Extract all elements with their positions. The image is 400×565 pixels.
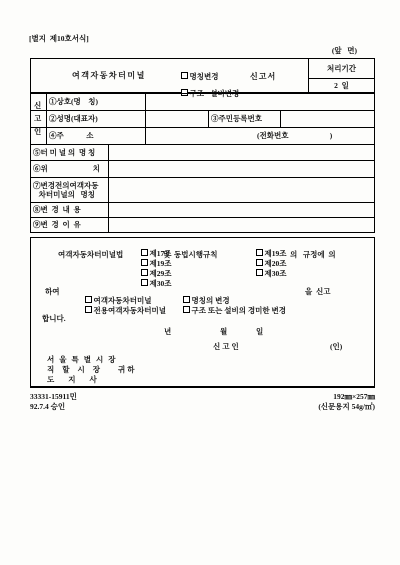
form-title-suffix: 신고서: [250, 72, 276, 81]
representative-input[interactable]: [146, 111, 207, 126]
resident-number-label: ③주민등록번호: [211, 114, 262, 123]
company-name-input[interactable]: [146, 94, 374, 109]
form-reference: [별지 제10호서식]: [29, 34, 89, 43]
applicant-group-label: 신 고 인: [34, 99, 41, 138]
law-name-label: 여객자동차터미널법: [58, 250, 123, 259]
form-page: [별지 제10호서식] (앞 면) 여객자동차터미널 명칭변경 구조 · 설비변…: [0, 0, 400, 565]
exclusive-terminal-option: 전용여객자동차터미널: [77, 297, 166, 324]
change-reason-input[interactable]: [109, 218, 374, 232]
grid-line: [46, 93, 47, 144]
processing-period-label: 처리기간: [308, 64, 375, 73]
processing-period-value: 2 일: [308, 81, 375, 90]
conjunction-label: 및 동법시행규칙: [163, 250, 217, 259]
form-title: 여객자동차터미널: [72, 71, 146, 80]
page-side-label: (앞 면): [297, 46, 357, 55]
addressee-metro-mayor: 직할시장: [47, 365, 108, 374]
rule-article-30-label: 제30조: [265, 269, 287, 278]
previous-terminal-name-input[interactable]: [109, 178, 374, 201]
terminal-name-input[interactable]: [109, 145, 374, 159]
location-label: ⑥위 치: [33, 164, 100, 173]
document-code: 33331-15911민: [30, 392, 77, 401]
date-month-label: 월: [220, 327, 227, 336]
date-day-label: 일: [256, 327, 263, 336]
paper-spec: (신문용지 54g/㎡): [275, 402, 375, 411]
grid-line: [308, 78, 375, 79]
grid-line: [208, 110, 209, 127]
exclusive-terminal-checkbox[interactable]: [85, 306, 92, 313]
name-change-checkbox[interactable]: [181, 72, 188, 79]
signer-label: 신고인: [213, 342, 241, 351]
seal-label: (인): [330, 342, 342, 351]
addressee-governor: 도지사: [47, 375, 111, 384]
closing-label: 합니다.: [42, 314, 66, 323]
structure-minor-change-checkbox[interactable]: [183, 306, 190, 313]
change-content-label: ⑧변 경 내 용: [33, 205, 81, 214]
company-name-label: ①상호(명 칭): [49, 97, 98, 106]
structure-minor-change-option: 구조 또는 설비의 경미한 변경: [175, 297, 286, 324]
law-article-30-label: 제30조: [150, 279, 172, 288]
terminal-name-label: ⑤터 미 널 의 명 칭: [33, 148, 95, 157]
exclusive-terminal-label: 전용여객자동차터미널: [94, 306, 166, 315]
continuation-prefix: 하여: [45, 287, 60, 296]
structure-minor-change-label: 구조 또는 설비의 경미한 변경: [192, 306, 286, 315]
change-reason-label: ⑨변 경 이 유: [33, 220, 81, 229]
previous-terminal-name-label: ⑦변경전의여객자동 차터미널의 명칭: [33, 181, 98, 199]
rule-article-30-option: 제30조: [248, 260, 287, 287]
phone-number-label: (전화번호 ): [257, 131, 332, 140]
change-content-input[interactable]: [109, 203, 374, 216]
continuation-suffix: 을 신고: [305, 287, 331, 296]
paper-size: 192㎜×257㎜: [275, 392, 375, 401]
address-label: ④주 소: [49, 131, 94, 140]
addressee-honorific: 귀하: [118, 365, 137, 374]
location-input[interactable]: [109, 161, 374, 176]
law-article-30-checkbox[interactable]: [141, 279, 148, 286]
date-year-label: 년: [164, 327, 171, 336]
representative-label: ②성명(대표자): [49, 114, 98, 123]
addressee-seoul-mayor: 서울특별시장: [47, 355, 120, 364]
rule-suffix-label: 의 규정에 의: [290, 250, 336, 259]
approval-date: 92.7.4 승인: [30, 402, 65, 411]
rule-article-30-checkbox[interactable]: [256, 269, 263, 276]
resident-number-input[interactable]: [281, 111, 374, 126]
